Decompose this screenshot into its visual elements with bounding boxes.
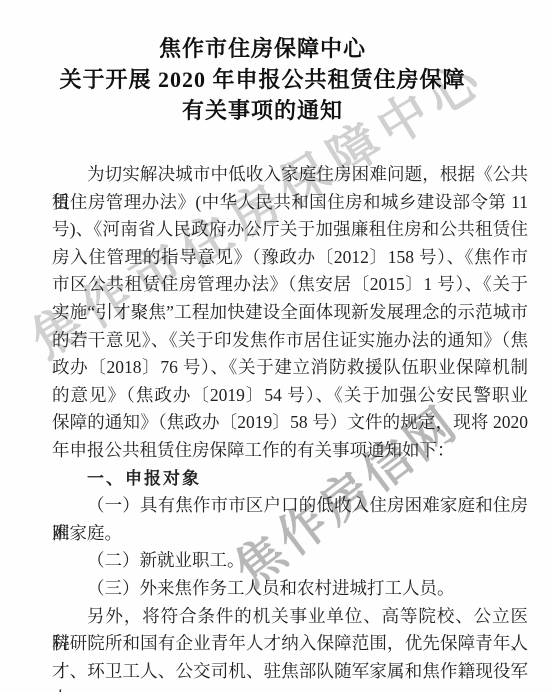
title-line-3: 有关事项的通知 [0, 95, 525, 126]
body-line: 房入住管理的指导意见》（豫政办〔2012〕158 号）、《焦作市 [52, 244, 528, 272]
title-line-2: 关于开展 2020 年申报公共租赁住房保障 [0, 64, 525, 95]
body-line: 政办〔2018〕76 号）、《关于建立消防救援队伍职业保障机制 [52, 354, 528, 382]
document-title: 焦作市住房保障中心 关于开展 2020 年申报公共租赁住房保障 有关事项的通知 [0, 33, 525, 126]
body-line: 实施“引才聚焦”工程加快建设全面体现新发展理念的示范城市 [52, 299, 528, 327]
body-line: 难家庭。 [52, 520, 528, 548]
body-line: 另外，将符合条件的机关事业单位、高等院校、公立医院、 [52, 603, 528, 631]
body-line: 市区公共租赁住房管理办法》（焦安居〔2015〕1 号）、《关于 [52, 271, 528, 299]
body-line: 保障的通知》（焦政办〔2019〕58 号）文件的规定，现将 2020 [52, 409, 528, 437]
body-line: 赁住房管理办法》(中华人民共和国住房和城乡建设部令第 11 [52, 189, 528, 217]
body-line: 为切实解决城市中低收入家庭住房困难问题，根据《公共租 [52, 161, 528, 189]
section-heading-application-targets: 一、申报对象 [52, 465, 528, 493]
notice-document: 焦作市住房保障中心 焦作房信网 焦作市住房保障中心 关于开展 2020 年申报公… [0, 0, 553, 692]
body-line: 才、环卫工人、公交司机、驻焦部队随军家属和焦作籍现役军人 [52, 658, 528, 686]
body-line: （三）外来焦作务工人员和农村进城打工人员。 [52, 575, 528, 603]
title-line-1: 焦作市住房保障中心 [0, 33, 525, 64]
body-line: （一）具有焦作市市区户口的低收入住房困难家庭和住房困 [52, 492, 528, 520]
document-body: 为切实解决城市中低收入家庭住房困难问题，根据《公共租 赁住房管理办法》(中华人民… [52, 161, 528, 685]
body-line: （二）新就业职工。 [52, 547, 528, 575]
body-line: 年申报公共租赁住房保障工作的有关事项通知如下： [52, 437, 528, 465]
body-line: 号)、《河南省人民政府办公厅关于加强廉租住房和公共租赁住 [52, 216, 528, 244]
body-line: 的意见》（焦政办〔2019〕54 号）、《关于加强公安民警职业 [52, 382, 528, 410]
body-line: 的若干意见》、《关于印发焦作市居住证实施办法的通知》（焦 [52, 327, 528, 355]
body-line: 科研院所和国有企业青年人才纳入保障范围，优先保障青年人 [52, 630, 528, 658]
